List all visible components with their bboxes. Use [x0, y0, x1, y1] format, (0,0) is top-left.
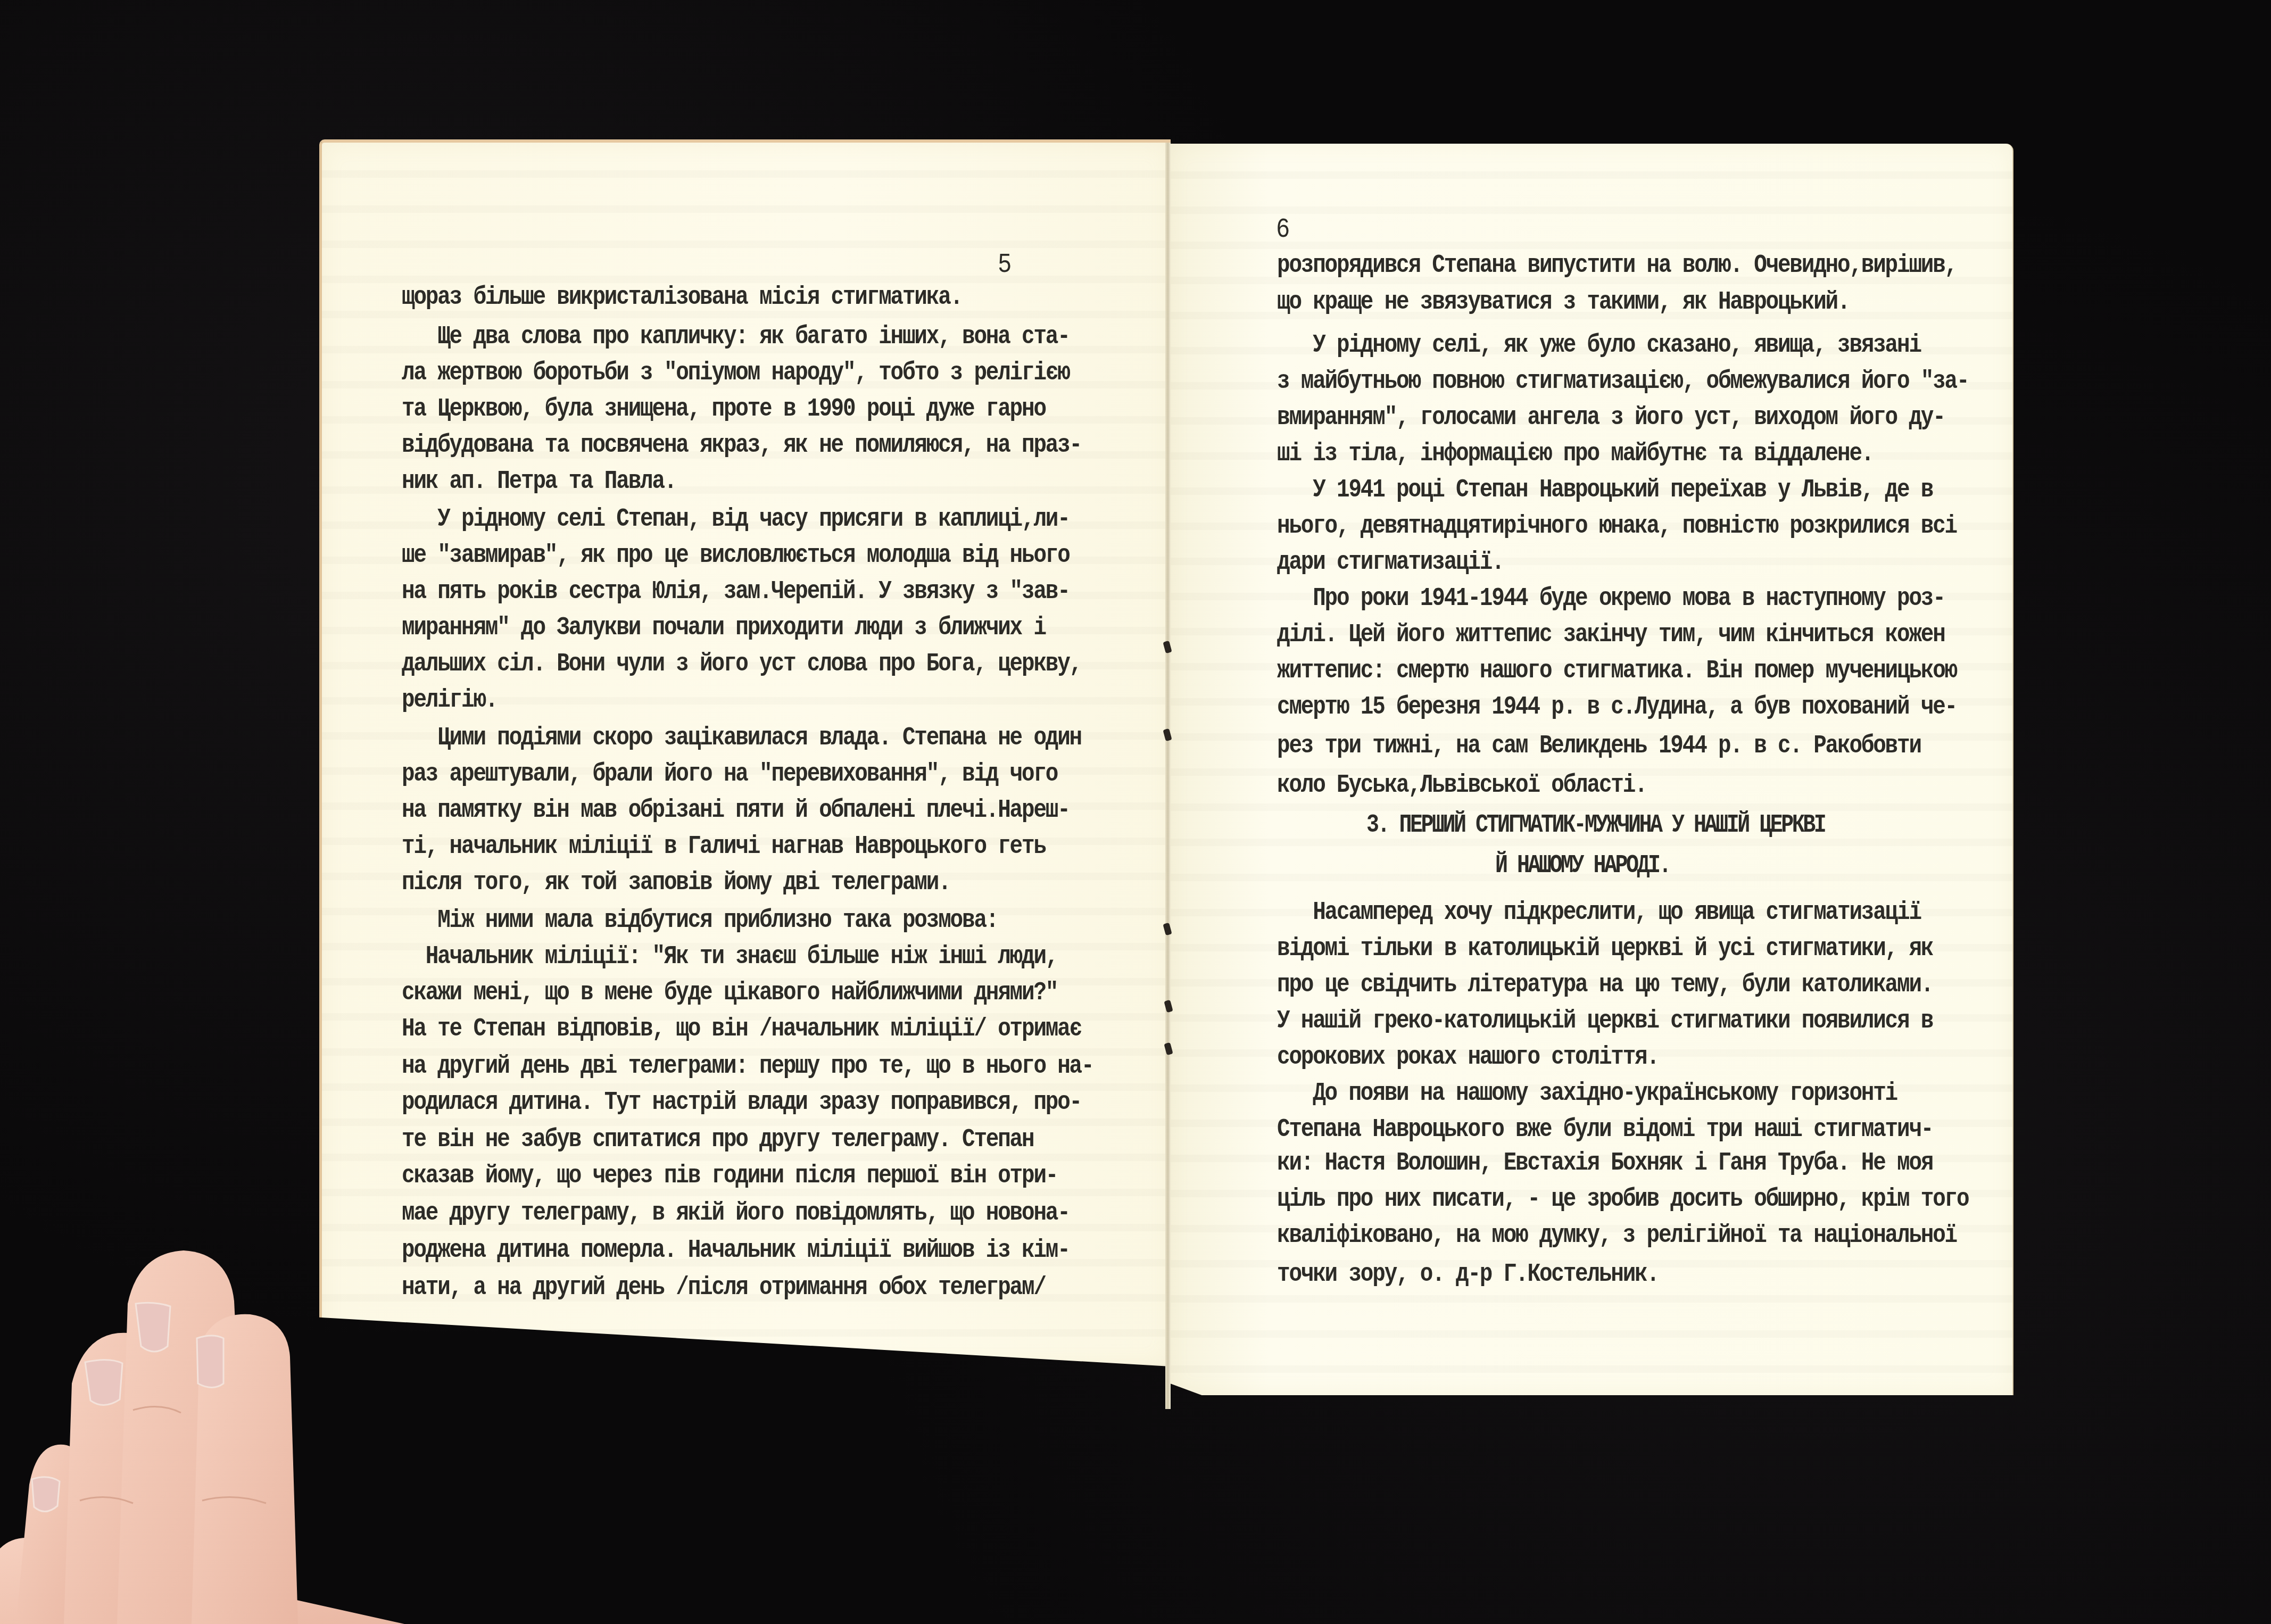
text-line: У 1941 році Степан Навроцький переїхав у… — [1277, 476, 1933, 504]
text-line: родилася дитина. Тут настрій влади зразу… — [402, 1088, 1081, 1117]
text-line: ціль про них писати, - це зробив досить … — [1277, 1185, 1968, 1214]
booklet-spine — [1165, 143, 1171, 1409]
text-line: дальших сіл. Вони чули з його уст слова … — [402, 650, 1081, 678]
text-line: нього, девятнадцятирічного юнака, повніс… — [1277, 512, 1957, 541]
text-line: ник ап. Петра та Павла. — [402, 467, 676, 496]
text-line: ті, начальник міліції в Галичі нагнав На… — [402, 832, 1046, 861]
section-heading: 3. ПЕРШИЙ СТИГМАТИК-МУЖЧИНА У НАШІЙ ЦЕРК… — [1366, 811, 1825, 840]
text-line: ки: Настя Волошин, Евстахія Бохняк і Ган… — [1277, 1149, 1933, 1178]
text-line: До появи на нашому західно-українському … — [1277, 1079, 1897, 1108]
text-line: відомі тільки в католицькій церкві й усі… — [1277, 934, 1933, 963]
text-line: смертю 15 березня 1944 р. в с.Лудина, а … — [1277, 693, 1957, 722]
text-line: що краще не звязуватися з такими, як Нав… — [1277, 288, 1849, 317]
page-number: 6 — [1276, 214, 1290, 246]
text-line: У рідному селі, як уже було сказано, яви… — [1277, 331, 1921, 360]
text-line: На те Степан відповів, що він /начальник… — [402, 1015, 1081, 1043]
text-line: життепис: смертю нашого стигматика. Він … — [1277, 657, 1957, 685]
text-line: на пять років сестра Юлія, зам.Черепій. … — [402, 577, 1070, 606]
page-number: 5 — [998, 250, 1012, 281]
text-line: кваліфіковано, на мою думку, з релігійно… — [1277, 1221, 1957, 1250]
section-heading: Й НАШОМУ НАРОДІ. — [1495, 852, 1670, 880]
text-line: Між ними мала відбутися приблизно така р… — [402, 906, 998, 935]
text-line: Ще два слова про капличку: як багато інш… — [402, 322, 1070, 351]
text-line: сказав йому, що через пів години після п… — [402, 1162, 1057, 1190]
text-line: точки зору, о. д-р Г.Костельник. — [1277, 1260, 1659, 1289]
text-line: ше "завмирав", як про це висловлюється м… — [402, 541, 1070, 570]
text-line: коло Буська,Львівської області. — [1277, 771, 1647, 800]
text-line: ділі. Цей його життепис закінчу тим, чим… — [1277, 620, 1945, 649]
text-line: рез три тижні, на сам Великдень 1944 р. … — [1277, 732, 1921, 760]
text-line: мае другу телеграму, в якій його повідом… — [402, 1199, 1070, 1228]
text-line: сорокових роках нашого століття. — [1277, 1043, 1659, 1072]
text-line: з майбутньою повною стигматизацією, обме… — [1277, 367, 1968, 396]
text-line: про це свідчить література на цю тему, б… — [1277, 971, 1933, 999]
hand-fingers — [0, 1250, 404, 1624]
text-line: ші із тіла, інформацією про майбутнє та … — [1277, 440, 1873, 468]
text-line: відбудована та посвячена якраз, як не по… — [402, 431, 1081, 460]
text-line: раз арештували, брали його на "перевихов… — [402, 760, 1057, 789]
text-line: та Церквою, була знищена, проте в 1990 р… — [402, 395, 1046, 424]
text-line: ла жертвою боротьби з "опіумом народу", … — [402, 359, 1070, 387]
text-line: релігію. — [402, 686, 497, 715]
text-line: після того, як той заповів йому дві теле… — [402, 868, 950, 897]
text-line: те він не забув спитатися про другу теле… — [402, 1125, 1033, 1154]
text-line: на памятку він мав обрізані пяти й обпал… — [402, 796, 1070, 825]
text-line: Степана Навроцького вже були відомі три … — [1277, 1115, 1933, 1144]
text-line: розпорядився Степана випустити на волю. … — [1277, 251, 1957, 280]
text-line: скажи мені, що в мене буде цікавого найб… — [402, 979, 1057, 1007]
text-line: щораз більше викристалізована місія стиг… — [402, 283, 962, 312]
text-line: роджена дитина померла. Начальник міліці… — [402, 1236, 1070, 1265]
text-line: Начальник міліції: "Як ти знаєш більше н… — [402, 942, 1057, 971]
text-line: У рідному селі Степан, від часу присяги … — [402, 505, 1070, 534]
text-line: вмиранням", голосами ангела з його уст, … — [1277, 403, 1945, 432]
text-line: Цими подіями скоро зацікавилася влада. С… — [402, 724, 1081, 752]
text-line: Про роки 1941-1944 буде окремо мова в на… — [1277, 584, 1945, 613]
text-line: миранням" до Залукви почали приходити лю… — [402, 614, 1046, 642]
text-line: нати, а на другий день /після отримання … — [402, 1273, 1046, 1302]
text-line: дари стигматизації. — [1277, 548, 1504, 577]
text-line: Насамперед хочу підкреслити, що явища ст… — [1277, 898, 1921, 927]
text-line: на другий день дві телеграми: першу про … — [402, 1052, 1093, 1081]
text-line: У нашій греко-католицькій церкві стигмат… — [1277, 1007, 1933, 1035]
